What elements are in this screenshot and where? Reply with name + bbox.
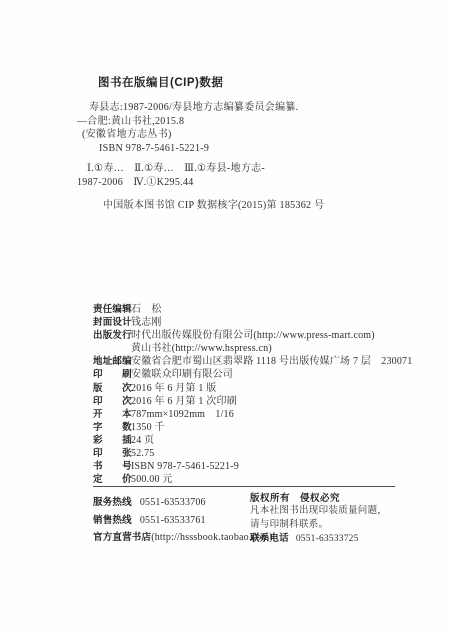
publication-row-value: 安徽联众印刷有限公司 (131, 369, 233, 380)
publication-row-value: ISBN 978-7-5461-5221-9 (131, 461, 239, 472)
publication-row-value: 500.00 元 (131, 474, 173, 485)
publication-row-label: 版 次 (93, 382, 131, 395)
publication-row: 封面设计钱志刚 (93, 316, 403, 329)
contact-phone-label: 联系电话 (250, 533, 289, 544)
cip-record-number: 中国版本图书馆 CIP 数据核字(2015)第 185362 号 (103, 199, 407, 213)
copyright-notice-line-2: 请与印制科联系。 (250, 519, 400, 532)
publication-row: 出版发行时代出版传媒股份有限公司(http://www.press-mart.c… (93, 329, 403, 342)
publication-row-label: 字 数 (93, 421, 131, 434)
service-hotline-number: 0551-63533706 (140, 497, 206, 508)
publication-row-value: 2016 年 6 月第 1 版 (131, 383, 217, 394)
publication-row-label: 出版发行 (93, 329, 131, 342)
publication-row-label: 封面设计 (93, 316, 131, 329)
cip-isbn: ISBN 978-7-5461-5221-9 (99, 142, 407, 156)
book-copyright-page: 图书在版编目(CIP)数据 寿县志:1987-2006/寿县地方志编纂委员会编纂… (0, 0, 450, 636)
copyright-notice-title: 版权所有 侵权必究 (250, 492, 400, 505)
publication-row-value: 787mm×1092mm 1/16 (131, 409, 234, 420)
cip-classification-line-2: 1987-2006 Ⅳ.①K295.44 (77, 176, 407, 190)
publication-row-label: 地址邮编 (93, 355, 131, 368)
official-store-row: 官方直营书店(http://hsssbook.taobao.com) (93, 529, 273, 547)
publication-row: 印 张52.75 (93, 447, 403, 460)
official-store-label: 官方直营书店 (93, 532, 151, 543)
sales-hotline-row: 销售热线0551-63533761 (93, 512, 273, 530)
service-hotline-row: 服务热线0551-63533706 (93, 494, 273, 512)
publication-row: 印 次2016 年 6 月第 1 次印刷 (93, 395, 403, 408)
publication-row: 字 数1350 千 (93, 421, 403, 434)
cip-data-block: 图书在版编目(CIP)数据 寿县志:1987-2006/寿县地方志编纂委员会编纂… (77, 76, 407, 213)
publication-row-label: 定 价 (93, 473, 131, 486)
publication-row-label: 印 次 (93, 395, 131, 408)
footer-hotline-block: 服务热线0551-63533706 销售热线0551-63533761 官方直营… (93, 494, 273, 547)
publication-row-label: 责任编辑 (93, 303, 131, 316)
contact-phone-number: 0551-63533725 (296, 534, 359, 544)
publication-row: 彩 插24 页 (93, 434, 403, 447)
divider-line (93, 486, 395, 487)
publication-row: 书 号ISBN 978-7-5461-5221-9 (93, 460, 403, 473)
cip-classification-line-1: Ⅰ.①寿… Ⅱ.①寿… Ⅲ.①寿县-地方志- (87, 162, 407, 176)
cip-title: 图书在版编目(CIP)数据 (98, 76, 407, 91)
publication-row-label: 书 号 (93, 460, 131, 473)
publication-row-value: 1350 千 (131, 422, 165, 433)
publication-row-value: 时代出版传媒股份有限公司(http://www.press-mart.com) (131, 330, 375, 341)
publication-row-label: 开 本 (93, 408, 131, 421)
publication-row: 责任编辑石 松 (93, 303, 403, 316)
publication-info-block: 责任编辑石 松 封面设计钱志刚 出版发行时代出版传媒股份有限公司(http://… (93, 303, 403, 486)
publication-row-label: 印 张 (93, 447, 131, 460)
publication-row: 印 刷安徽联众印刷有限公司 (93, 368, 403, 381)
sales-hotline-number: 0551-63533761 (140, 515, 206, 526)
publication-row: 地址邮编安徽省合肥市蜀山区翡翠路 1118 号出版传媒广场 7 层 230071 (93, 355, 403, 368)
publication-row-value: 石 松 (131, 304, 162, 315)
publication-row-value: 24 页 (131, 435, 154, 446)
service-hotline-label: 服务热线 (93, 497, 132, 508)
publication-row-value: 钱志刚 (131, 317, 162, 328)
publication-row-label: 印 刷 (93, 368, 131, 381)
publication-row-value: 2016 年 6 月第 1 次印刷 (131, 396, 237, 407)
publication-row: 定 价500.00 元 (93, 473, 403, 486)
cip-entry-line-1: 寿县志:1987-2006/寿县地方志编纂委员会编纂. (89, 101, 407, 115)
cip-entry-line-2: —合肥:黄山书社,2015.8 (77, 115, 407, 129)
publication-row-value: 安徽省合肥市蜀山区翡翠路 1118 号出版传媒广场 7 层 230071 (131, 356, 412, 367)
cip-series-name: (安徽省地方志丛书) (82, 128, 407, 142)
copyright-notice-line-1: 凡本社图书出现印装质量问题， (250, 505, 400, 518)
publication-row: 版 次2016 年 6 月第 1 版 (93, 382, 403, 395)
sales-hotline-label: 销售热线 (93, 515, 132, 526)
publication-row-value: 52.75 (131, 448, 155, 459)
publication-row-label: 彩 插 (93, 434, 131, 447)
copyright-notice-block: 版权所有 侵权必究 凡本社图书出现印装质量问题， 请与印制科联系。 联系电话05… (250, 492, 400, 547)
publication-row: 开 本787mm×1092mm 1/16 (93, 408, 403, 421)
publication-row: 黄山书社(http://www.hspress.cn) (93, 342, 403, 355)
contact-phone-row: 联系电话0551-63533725 (250, 532, 400, 546)
publication-row-value: 黄山书社(http://www.hspress.cn) (131, 343, 272, 354)
